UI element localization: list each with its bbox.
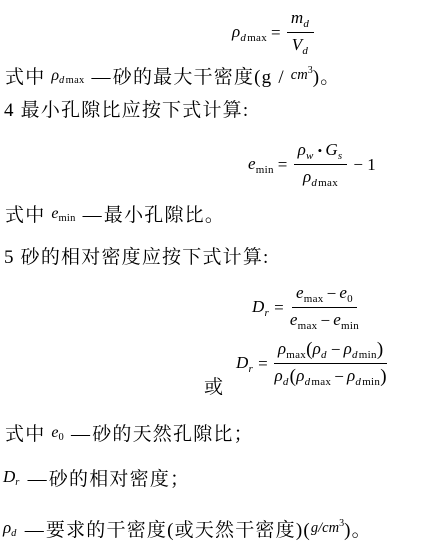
definition-text: 砂的最大干密度(g / xyxy=(113,67,291,88)
fraction-numerator: md xyxy=(287,8,314,33)
subscript-var: d xyxy=(311,177,317,189)
symbol-base: ρ xyxy=(274,366,282,385)
symbol-subscript: d xyxy=(321,349,328,361)
symbol-subscript: d xyxy=(303,18,310,30)
var-rho-d: ρd xyxy=(313,339,328,361)
var-e-min: emin xyxy=(333,310,359,332)
where-prefix: 式中 xyxy=(5,67,45,88)
where-line-D-r: Dr —砂的相对密度； xyxy=(3,465,190,495)
subscript-label: max xyxy=(311,376,331,388)
symbol-base: D xyxy=(236,353,248,372)
var-D-r: Dr xyxy=(236,353,254,375)
var-rho-dmin: ρdmin xyxy=(347,366,380,388)
subscript-label: min xyxy=(256,164,274,176)
symbol-base: ρ xyxy=(344,339,352,358)
var-rho-dmax: ρdmax xyxy=(303,167,338,189)
symbol-subscript: r xyxy=(15,477,20,488)
symbol-subscript: min xyxy=(58,213,75,224)
subscript-label: min xyxy=(359,349,377,361)
symbol-base: V xyxy=(292,35,303,54)
symbol-subscript: max xyxy=(304,293,324,305)
subscript-var: s xyxy=(338,150,343,162)
var-e-max: emax xyxy=(290,310,318,332)
symbol-subscript: dmin xyxy=(355,376,380,388)
symbol-subscript: max xyxy=(286,349,306,361)
symbol-subscript: r xyxy=(264,307,270,319)
unit-base: cm xyxy=(291,67,308,83)
equals-sign: = xyxy=(258,354,268,374)
symbol-subscript: dmax xyxy=(59,75,85,86)
where-prefix: 式中 xyxy=(5,205,45,226)
symbol-base: ρ xyxy=(313,339,321,358)
subscript-label: max xyxy=(304,293,324,305)
subscript-label: max xyxy=(298,320,318,332)
symbol-base: ρ xyxy=(51,67,59,84)
subscript-var: d xyxy=(305,376,311,388)
var-G-s: Gs xyxy=(325,140,343,162)
subscript-label: max xyxy=(247,32,267,44)
fraction: emax − e0 emax − emin xyxy=(290,283,359,332)
definition-text: 最小孔隙比。 xyxy=(104,205,225,226)
var-rho-max: ρmax xyxy=(278,339,306,361)
symbol-subscript: max xyxy=(298,320,318,332)
where-line-rho-d: ρd —要求的干密度(或天然干密度)(g/cm3)。 xyxy=(3,512,372,546)
var-rho-d: ρd xyxy=(274,366,289,388)
var-m-d: md xyxy=(291,8,310,30)
minus-sign: − xyxy=(327,284,337,304)
subscript-var: d xyxy=(355,376,361,388)
var-rho-dmax: ρdmax xyxy=(51,64,84,93)
minus-sign: − xyxy=(334,367,344,387)
symbol-subscript: min xyxy=(341,320,359,332)
or-text: 或 xyxy=(204,377,223,398)
symbol-base: m xyxy=(291,8,303,27)
em-dash: — xyxy=(83,205,103,226)
symbol-base: e xyxy=(248,154,256,173)
subscript-label: 0 xyxy=(347,293,353,305)
var-rho-d: ρd xyxy=(3,516,18,546)
subscript-var: d xyxy=(302,45,308,57)
symbol-base: e xyxy=(296,283,304,302)
subscript-label: max xyxy=(66,75,85,86)
symbol-subscript: 0 xyxy=(58,432,64,443)
var-rho-dmax: ρdmax xyxy=(232,22,267,44)
fraction-denominator: emax − emin xyxy=(290,308,359,332)
subscript-var: d xyxy=(59,75,65,86)
fraction-denominator: ρdmax xyxy=(303,165,338,189)
subscript-var: d xyxy=(321,349,327,361)
symbol-base: e xyxy=(290,310,298,329)
unit-cm3: cm3 xyxy=(291,67,313,83)
right-paren: ) xyxy=(380,366,387,388)
symbol-subscript: d xyxy=(283,376,290,388)
subscript-label: 0 xyxy=(58,432,64,443)
subscript-label: min xyxy=(58,213,75,224)
subscript-var: d xyxy=(303,18,309,30)
multiplication-dot: • xyxy=(318,143,323,159)
subscript-var: d xyxy=(11,528,17,539)
subscript-var: d xyxy=(240,32,246,44)
or-label: 或 xyxy=(204,376,223,400)
fraction-numerator: ρmax ( ρd − ρdmin ) xyxy=(274,339,387,364)
symbol-subscript: d xyxy=(11,528,18,539)
definition-text: 砂的天然孔隙比； xyxy=(92,424,254,445)
var-D-r: Dr xyxy=(3,465,21,495)
symbol-base: ρ xyxy=(3,518,11,537)
symbol-subscript: dmax xyxy=(311,177,338,189)
symbol-base: D xyxy=(252,297,264,316)
var-e-0: e0 xyxy=(51,421,64,450)
fraction-numerator: emax − e0 xyxy=(292,283,357,308)
unit-g-per-cm3: g/cm3 xyxy=(311,520,344,536)
formula-max-dry-density: ρdmax = md Vd xyxy=(232,8,316,57)
symbol-subscript: r xyxy=(248,363,254,375)
subscript-label: max xyxy=(318,177,338,189)
where-line-e-min: 式中 emin —最小孔隙比。 xyxy=(5,202,225,231)
em-dash: — xyxy=(92,67,112,88)
symbol-subscript: w xyxy=(306,150,315,162)
symbol-subscript: dmax xyxy=(240,32,267,44)
where-line-rho-dmax: 式中 ρdmax —砂的最大干密度(g / cm3)。 xyxy=(5,59,340,93)
em-dash: — xyxy=(25,520,45,541)
var-e-0: e0 xyxy=(339,283,353,305)
fraction: ρmax ( ρd − ρdmin ) ρd ( ρdmax − ρdmin ) xyxy=(274,339,387,388)
symbol-base: ρ xyxy=(296,366,304,385)
equals-sign: = xyxy=(271,23,281,43)
subscript-label: max xyxy=(286,349,306,361)
var-D-r: Dr xyxy=(252,297,270,319)
fraction: ρw • Gs ρdmax xyxy=(294,140,348,189)
var-rho-w: ρw xyxy=(298,140,315,162)
em-dash: — xyxy=(71,424,91,445)
equals-sign: = xyxy=(278,155,288,175)
subscript-label: min xyxy=(341,320,359,332)
var-e-max: emax xyxy=(296,283,324,305)
definition-text: 砂的相对密度； xyxy=(49,469,190,490)
formula-relative-density-void: Dr = emax − e0 emax − emin xyxy=(252,283,361,332)
symbol-subscript: 0 xyxy=(347,293,353,305)
subscript-var: r xyxy=(248,363,253,375)
equals-sign: = xyxy=(274,298,284,318)
line-suffix: )。 xyxy=(313,67,341,88)
fraction: md Vd xyxy=(287,8,314,57)
minus-sign: − xyxy=(353,155,363,175)
fraction-denominator: Vd xyxy=(292,33,309,57)
subscript-label: min xyxy=(362,376,380,388)
symbol-base: e xyxy=(339,283,347,302)
fraction-numerator: ρw • Gs xyxy=(294,140,348,165)
symbol-subscript: d xyxy=(302,45,309,57)
symbol-base: ρ xyxy=(278,339,286,358)
unit-base: g/cm xyxy=(311,520,339,536)
formula-relative-density-density: Dr = ρmax ( ρd − ρdmin ) ρd ( ρdmax − ρd… xyxy=(236,339,389,388)
var-rho-dmax: ρdmax xyxy=(296,366,331,388)
symbol-base: D xyxy=(3,467,15,486)
minus-sign: − xyxy=(320,311,330,331)
symbol-subscript: dmin xyxy=(352,349,377,361)
var-rho-dmin: ρdmin xyxy=(344,339,377,361)
symbol-base: e xyxy=(333,310,341,329)
symbol-subscript: min xyxy=(256,164,274,176)
where-prefix: 式中 xyxy=(5,424,45,445)
constant-one: 1 xyxy=(367,155,376,175)
subscript-var: d xyxy=(283,376,289,388)
var-V-d: Vd xyxy=(292,35,309,57)
clause-5-heading: 5 砂的相对密度应按下式计算: xyxy=(4,246,270,270)
symbol-subscript: s xyxy=(338,150,344,162)
clause-4-heading: 4 最小孔隙比应按下式计算: xyxy=(4,99,249,123)
definition-text: 要求的干密度(或天然干密度)( xyxy=(46,520,311,541)
subscript-var: r xyxy=(15,477,19,488)
clause-5-text: 5 砂的相对密度应按下式计算: xyxy=(4,247,270,268)
symbol-base: ρ xyxy=(298,140,306,159)
fraction-denominator: ρd ( ρdmax − ρdmin ) xyxy=(274,364,386,388)
where-line-e-0: 式中 e0 —砂的天然孔隙比； xyxy=(5,421,254,450)
subscript-var: r xyxy=(264,307,269,319)
right-paren: ) xyxy=(377,339,384,361)
var-e-min: emin xyxy=(248,154,274,176)
formula-min-void-ratio: emin = ρw • Gs ρdmax −1 xyxy=(248,140,376,189)
var-e-min: emin xyxy=(51,202,75,231)
subscript-var: d xyxy=(352,349,358,361)
line-suffix: )。 xyxy=(344,520,372,541)
subscript-var: w xyxy=(306,150,314,162)
minus-sign: − xyxy=(331,340,341,360)
symbol-subscript: dmax xyxy=(305,376,332,388)
clause-4-text: 4 最小孔隙比应按下式计算: xyxy=(4,100,249,121)
em-dash: — xyxy=(28,469,48,490)
symbol-base: G xyxy=(325,140,337,159)
